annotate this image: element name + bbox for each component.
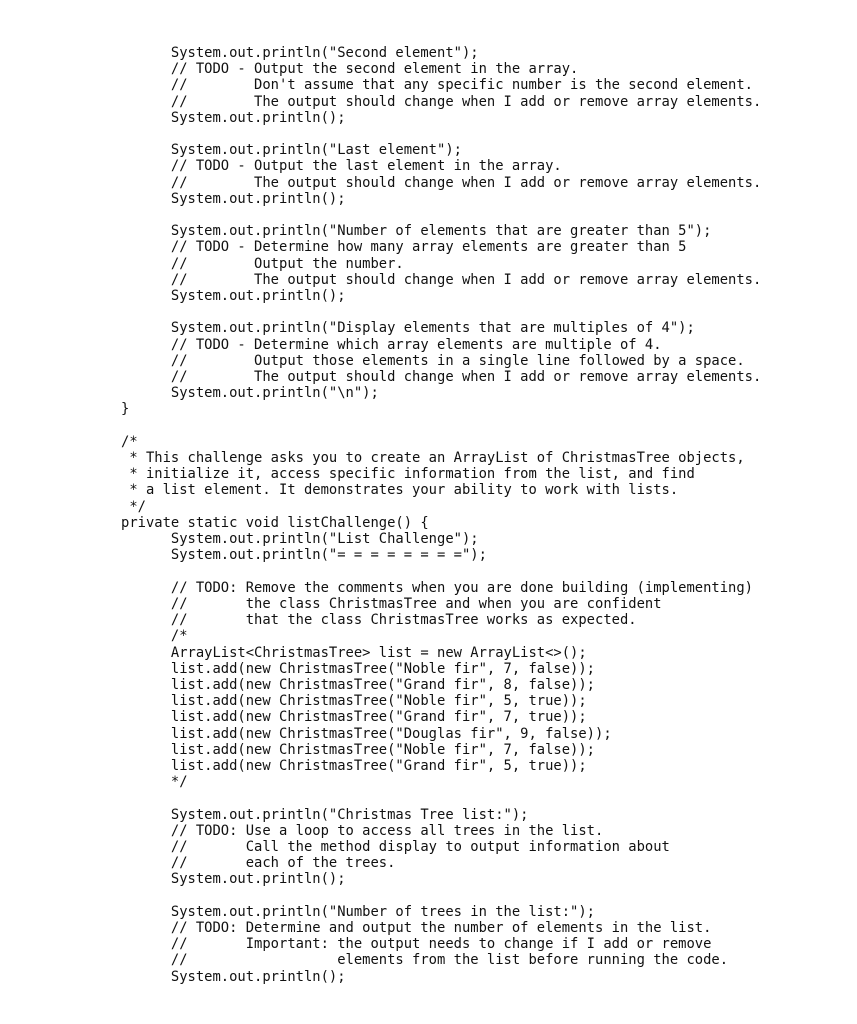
document-page: System.out.println("Second element"); //… bbox=[0, 0, 857, 1024]
code-listing: System.out.println("Second element"); //… bbox=[121, 45, 761, 985]
